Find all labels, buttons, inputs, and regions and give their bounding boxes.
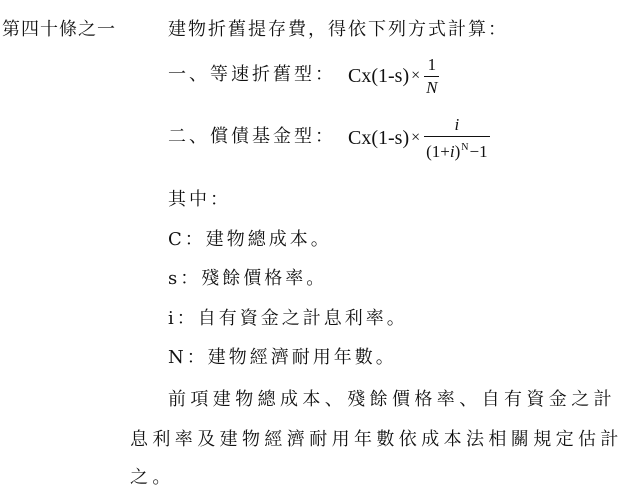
fraction-denominator: (1+i)N−1	[424, 138, 489, 162]
paragraph-line-3: 之。	[130, 467, 175, 489]
method-sinking-fund-label: 二、償債基金型：	[168, 126, 336, 148]
fraction-bar	[424, 136, 489, 137]
denominator-open: (1+	[426, 142, 450, 161]
formula-prefix: Cx(1-s)	[348, 64, 409, 88]
definition-n: N：建物經濟耐用年數。	[168, 347, 397, 369]
fraction-numerator: 1	[426, 55, 439, 75]
fraction: 1 N	[424, 55, 439, 98]
denominator-exponent: N	[461, 142, 468, 153]
multiply-sign: ×	[411, 126, 420, 150]
fraction-denominator: N	[424, 78, 439, 98]
straight-line-formula: Cx(1-s) × 1 N	[348, 52, 439, 100]
denominator-close: )	[455, 142, 461, 161]
fraction: i (1+i)N−1	[424, 115, 489, 162]
definition-i: i：自有資金之計息利率。	[168, 308, 408, 330]
fraction-numerator: i	[453, 115, 462, 135]
fraction-bar	[424, 76, 439, 77]
definitions-heading: 其中：	[168, 189, 231, 211]
article-intro: 建物折舊提存費，得依下列方式計算：	[168, 19, 508, 41]
paragraph-line-2: 息利率及建物經濟耐用年數依成本法相關規定估計	[130, 429, 621, 451]
paragraph-line-1: 前項建物總成本、殘餘價格率、自有資金之計	[168, 389, 616, 411]
definition-s: s：殘餘價格率。	[168, 268, 327, 290]
article-number: 第四十條之一	[2, 19, 116, 41]
multiply-sign: ×	[411, 64, 420, 88]
denominator-tail: −1	[470, 142, 488, 161]
method-straight-line-label: 一、等速折舊型：	[168, 64, 336, 86]
formula-prefix: Cx(1-s)	[348, 126, 409, 150]
sinking-fund-formula: Cx(1-s) × i (1+i)N−1	[348, 113, 490, 163]
definition-c: C：建物總成本。	[168, 229, 332, 251]
